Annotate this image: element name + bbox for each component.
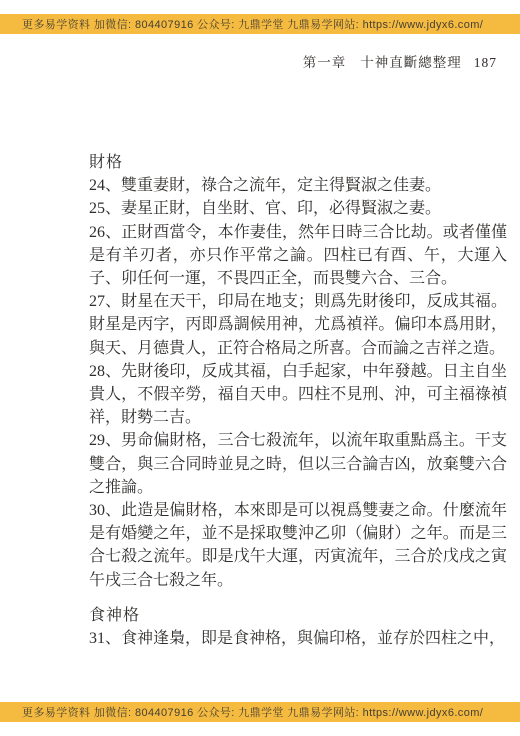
item-25: 25、妻星正財，自坐財、官、印，必得賢淑之妻。 bbox=[89, 197, 507, 220]
item-31: 31、食神逢梟，即是食神格，與偏印格，並存於四柱之中， bbox=[89, 627, 507, 650]
item-29: 29、男命偏財格，三合七殺流年，以流年取重點爲主。干支雙合，與三合同時並見之時，… bbox=[89, 429, 507, 499]
item-24: 24、雙重妻財，祿合之流年，定主得賢淑之佳妻。 bbox=[89, 174, 507, 197]
chapter-title: 十神直斷總整理 bbox=[360, 55, 462, 70]
chapter-label: 第一章 bbox=[303, 55, 347, 70]
bottom-watermark-banner: 更多易学资料 加微信: 804407916 公众号: 九鼎学堂 九鼎易学网站: … bbox=[0, 702, 520, 722]
page-header: 第一章十神直斷總整理187 bbox=[303, 51, 497, 71]
item-28: 28、先財後印，反成其福，白手起家，中年發越。日主自坐貴人，不假辛勞，福自天申。… bbox=[89, 360, 507, 430]
book-page: 更多易学资料 加微信: 804407916 公众号: 九鼎学堂 九鼎易学网站: … bbox=[0, 0, 520, 736]
top-watermark-banner: 更多易学资料 加微信: 804407916 公众号: 九鼎学堂 九鼎易学网站: … bbox=[0, 14, 520, 34]
page-number: 187 bbox=[474, 55, 497, 70]
item-30: 30、此造是偏財格，本來即是可以視爲雙妻之命。什麼流年是有婚變之年，並不是採取雙… bbox=[89, 499, 507, 592]
item-27: 27、財星在天干，印局在地支；則爲先財後印，反成其福。財星是丙字，丙即爲調候用神… bbox=[89, 290, 507, 360]
item-26: 26、正財酉當令，本作妻佳，然年日時三合比劫。或者僅僅是有羊刃者，亦只作平常之論… bbox=[89, 221, 507, 291]
top-watermark-text: 更多易学资料 加微信: 804407916 公众号: 九鼎学堂 九鼎易学网站: … bbox=[0, 16, 483, 32]
section-heading-shi-shen-ge: 食神格 bbox=[89, 604, 507, 627]
body-text-block: 財格 24、雙重妻財，祿合之流年，定主得賢淑之佳妻。 25、妻星正財，自坐財、官… bbox=[89, 151, 507, 650]
section-heading-cai-ge: 財格 bbox=[89, 151, 507, 174]
bottom-watermark-text: 更多易学资料 加微信: 804407916 公众号: 九鼎学堂 九鼎易学网站: … bbox=[0, 704, 483, 720]
